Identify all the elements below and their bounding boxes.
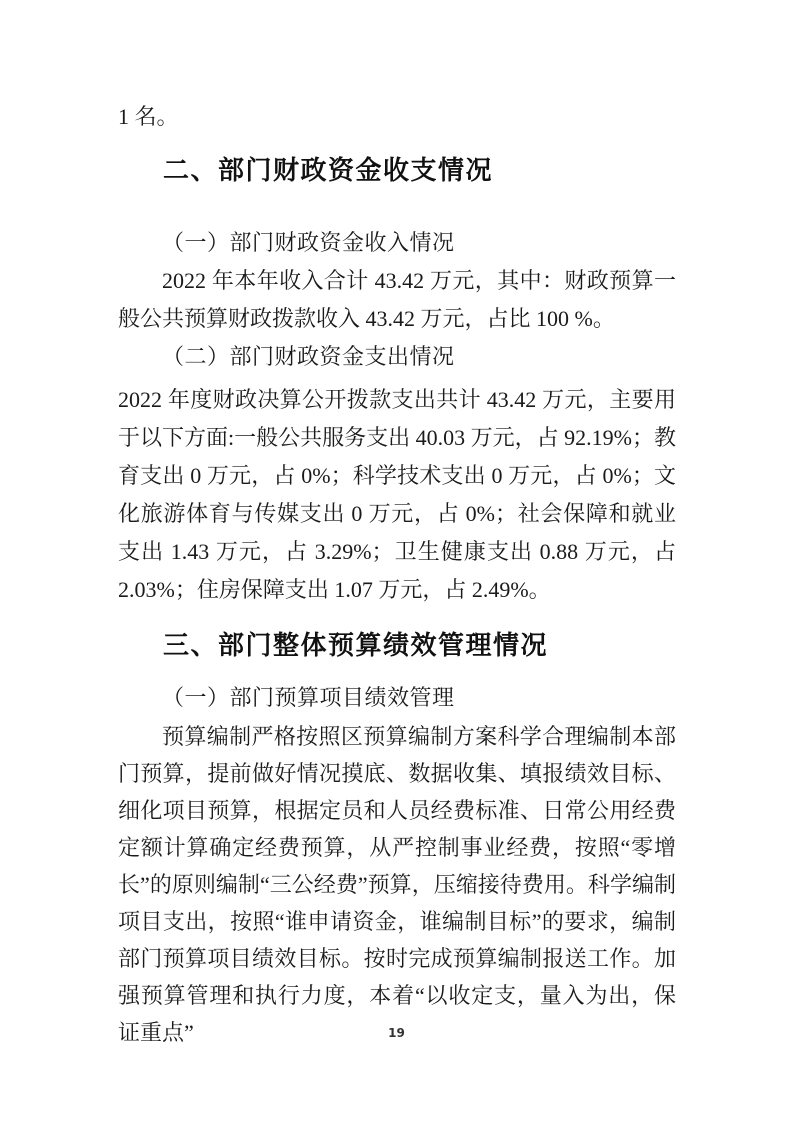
section-2-heading: 二、部门财政资金收支情况 [118,151,676,189]
section-3-heading: 三、部门整体预算绩效管理情况 [118,626,676,664]
document-page: 1 名。 二、部门财政资金收支情况 （一）部门财政资金收入情况 2022 年本年… [0,0,793,1122]
paragraph-carryover: 1 名。 [118,98,676,136]
subsection-2-1-heading: （一）部门财政资金收入情况 [118,224,676,262]
paragraph-performance-management: 预算编制严格按照区预算编制方案科学合理编制本部门预算，提前做好情况摸底、数据收集… [118,718,676,1051]
document-content: 1 名。 二、部门财政资金收支情况 （一）部门财政资金收入情况 2022 年本年… [118,98,676,1051]
subsection-3-1-heading: （一）部门预算项目绩效管理 [118,679,676,717]
paragraph-expenditure: 2022 年度财政决算公开拨款支出共计 43.42 万元，主要用于以下方面:一般… [118,381,676,609]
subsection-2-2-heading: （二）部门财政资金支出情况 [118,338,676,376]
page-number: 19 [0,1026,793,1040]
paragraph-income: 2022 年本年收入合计 43.42 万元，其中：财政预算一般公共预算财政拨款收… [118,262,676,338]
